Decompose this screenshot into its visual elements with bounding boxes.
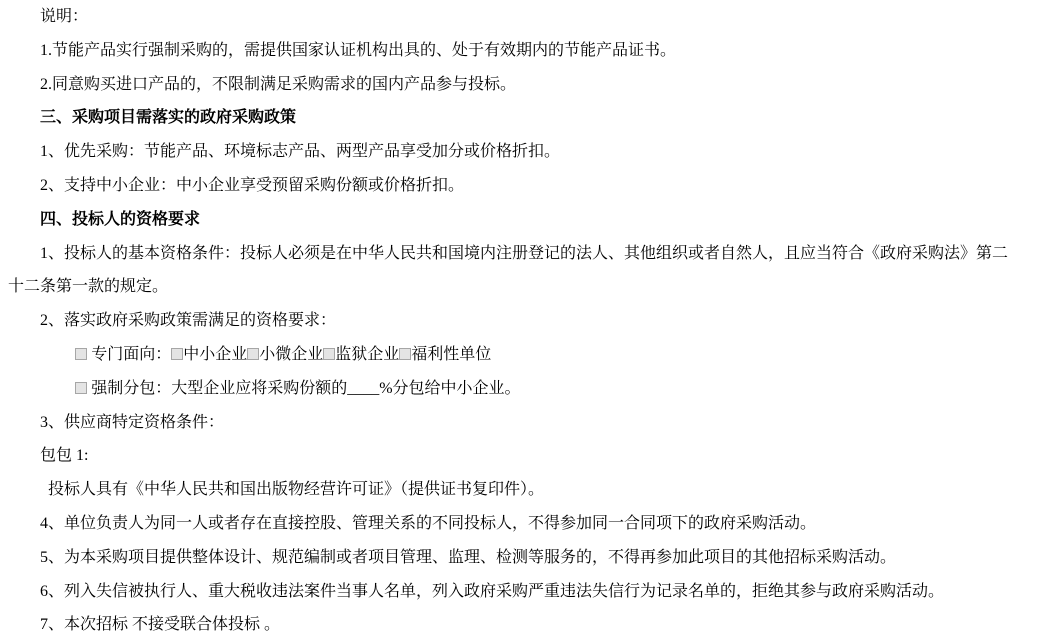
paragraph-line: 包包 1: bbox=[8, 439, 1020, 473]
checkbox-welfare-icon bbox=[399, 348, 411, 360]
paragraph-line: 说明： bbox=[8, 0, 1020, 34]
checkbox-line: 专门面向：中小企业小微企业监狱企业福利性单位 bbox=[8, 338, 1020, 372]
paragraph-line: 7、本次招标 不接受联合体投标 。 bbox=[8, 608, 1020, 640]
paragraph-text: 强制分包：大型企业应将采购份额的____%分包给中小企业。 bbox=[87, 380, 520, 397]
checkbox-prison-icon bbox=[323, 348, 335, 360]
paragraph-text: 小微企业 bbox=[259, 346, 323, 363]
section-heading: 三、采购项目需落实的政府采购政策 bbox=[8, 101, 1020, 135]
paragraph-line: 1.节能产品实行强制采购的，需提供国家认证机构出具的、处于有效期内的节能产品证书… bbox=[8, 34, 1020, 68]
checkbox-line: 强制分包：大型企业应将采购份额的____%分包给中小企业。 bbox=[8, 372, 1020, 406]
paragraph-line: 4、单位负责人为同一人或者存在直接控股、管理关系的不同投标人，不得参加同一合同项… bbox=[8, 507, 1020, 541]
checkbox-dedicated-icon bbox=[75, 348, 87, 360]
paragraph-line: 2.同意购买进口产品的，不限制满足采购需求的国内产品参与投标。 bbox=[8, 68, 1020, 102]
section-heading: 四、投标人的资格要求 bbox=[8, 203, 1020, 237]
paragraph-text: 中小企业 bbox=[183, 346, 247, 363]
checkbox-mandatory-subcontract-icon bbox=[75, 382, 87, 394]
paragraph-line: 2、支持中小企业：中小企业享受预留采购份额或价格折扣。 bbox=[8, 169, 1020, 203]
paragraph-line: 2、落实政府采购政策需满足的资格要求： bbox=[8, 304, 1020, 338]
paragraph-line: 1、投标人的基本资格条件：投标人必须是在中华人民共和国境内注册登记的法人、其他组… bbox=[8, 237, 1020, 305]
paragraph-line: 5、为本采购项目提供整体设计、规范编制或者项目管理、监理、检测等服务的，不得再参… bbox=[8, 541, 1020, 575]
paragraph-text: 福利性单位 bbox=[411, 346, 491, 363]
paragraph-line: 1、优先采购：节能产品、环境标志产品、两型产品享受加分或价格折扣。 bbox=[8, 135, 1020, 169]
paragraph-line: 投标人具有《中华人民共和国出版物经营许可证》（提供证书复印件）。 bbox=[8, 473, 1020, 507]
paragraph-line: 3、供应商特定资格条件： bbox=[8, 406, 1020, 440]
paragraph-line: 6、列入失信被执行人、重大税收违法案件当事人名单，列入政府采购严重违法失信行为记… bbox=[8, 575, 1020, 609]
paragraph-text: 专门面向： bbox=[87, 346, 171, 363]
checkbox-micro-icon bbox=[247, 348, 259, 360]
document-body: 说明：1.节能产品实行强制采购的，需提供国家认证机构出具的、处于有效期内的节能产… bbox=[0, 0, 1058, 640]
checkbox-sme-icon bbox=[171, 348, 183, 360]
paragraph-text: 监狱企业 bbox=[335, 346, 399, 363]
